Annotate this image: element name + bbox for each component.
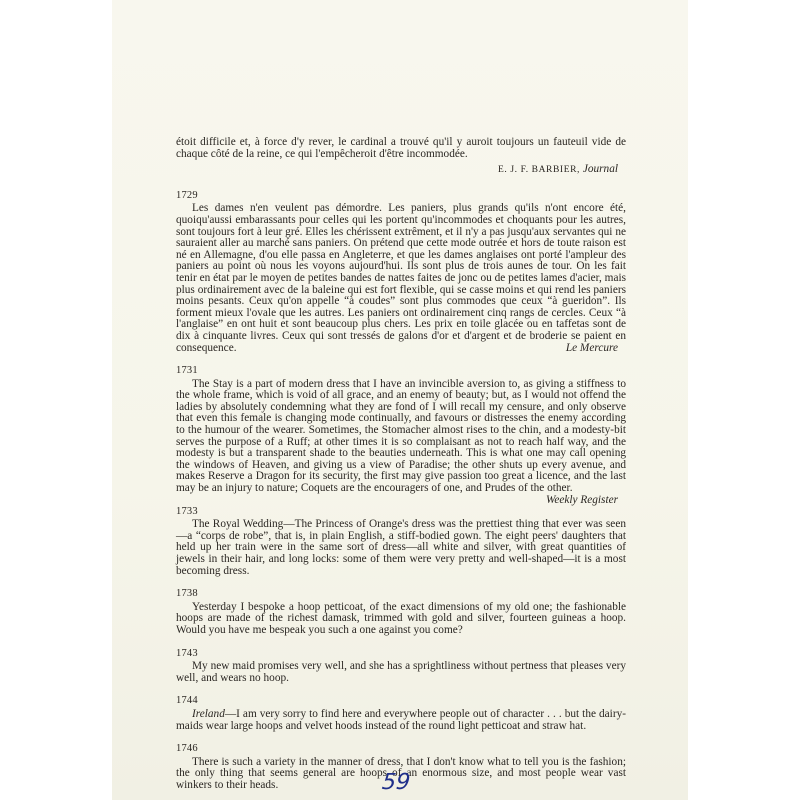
entry-text: My new maid promises very well, and she … [176,661,626,684]
entry-year: 1746 [176,743,626,755]
entry-year: 1744 [176,695,626,707]
entry-body: The Stay is a part of modern dress that … [176,378,626,494]
entry-text: Yesterday I bespoke a hoop petticoat, of… [176,602,626,637]
attribution-author: E. J. F. BARBIER, [498,165,580,175]
entry-year: 1733 [176,506,626,518]
entry-body: —I am very sorry to find here and everyw… [176,708,626,732]
entry-1733: 1733 The Royal Wedding—The Princess of O… [176,506,626,578]
entry-text: The Royal Wedding—The Princess of Orange… [176,519,626,577]
attribution-source: Journal [583,163,618,175]
entry-text: The Stay is a part of modern dress that … [176,379,626,495]
handwritten-page-number: 59 [381,770,412,795]
text-column: étoit difficile et, à force d'y rever, l… [176,137,626,792]
entry-source: Weekly Register [530,495,618,507]
entry-1743: 1743 My new maid promises very well, and… [176,648,626,685]
opening-fragment: étoit difficile et, à force d'y rever, l… [176,137,626,160]
entry-year: 1743 [176,648,626,660]
entry-1731: 1731 The Stay is a part of modern dress … [176,365,626,495]
entry-1729: 1729 Les dames n'en veulent pas démordre… [176,190,626,354]
entry-1738: 1738 Yesterday I bespoke a hoop petticoa… [176,588,626,636]
scanned-page: étoit difficile et, à force d'y rever, l… [112,0,688,800]
entry-text: Les dames n'en veulent pas démordre. Les… [176,203,626,354]
entry-body: Les dames n'en veulent pas démordre. Les… [176,202,626,353]
entry-year: 1731 [176,365,626,377]
entry-lead-italic: Ireland [192,708,225,720]
entry-1744: 1744 Ireland—I am very sorry to find her… [176,695,626,732]
entry-year: 1738 [176,588,626,600]
entry-source: Le Mercure [550,343,618,355]
entry-text: Ireland—I am very sorry to find here and… [176,709,626,732]
opening-attribution: E. J. F. BARBIER, Journal [176,164,618,177]
entry-year: 1729 [176,190,626,202]
